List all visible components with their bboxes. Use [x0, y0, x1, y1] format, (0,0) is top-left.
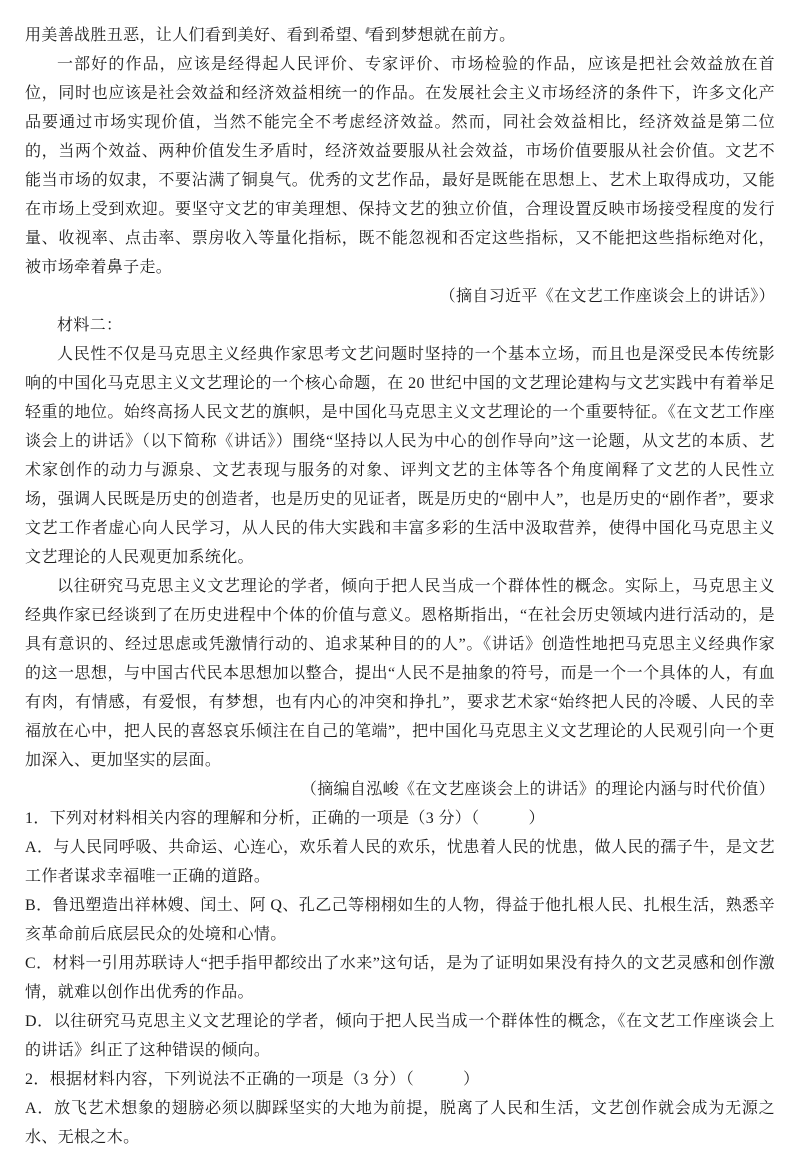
material-1-source-attribution: （摘自习近平《在文艺工作座谈会上的讲话》） — [25, 282, 775, 311]
exam-page: 用美善战胜丑恶，让人们看到美好、看到希望、看到梦想就在前方。 一部好的作品，应该… — [0, 0, 800, 1169]
material-1-paragraph: 一部好的作品，应该是经得起人民评价、专家评价、市场检验的作品，应该是把社会效益放… — [25, 50, 775, 282]
question-1-option-d: D．以往研究马克思主义文艺理论的学者，倾向于把人民当成一个群体性的概念，《在文艺… — [25, 1007, 775, 1065]
question-1-stem: 1．下列对材料相关内容的理解和分析，正确的一项是（3 分）（ ） — [25, 804, 775, 833]
question-1-option-c: C．材料一引用苏联诗人“把手指甲都绞出了水来”这句话，是为了证明如果没有持久的文… — [25, 949, 775, 1007]
question-2-stem: 2．根据材料内容，下列说法不正确的一项是（3 分）（ ） — [25, 1065, 775, 1094]
passage-continuation-line: 用美善战胜丑恶，让人们看到美好、看到希望、看到梦想就在前方。 — [25, 21, 775, 50]
material-2-source-attribution: （摘编自泓峻《在文艺座谈会上的讲话》的理论内涵与时代价值） — [25, 775, 775, 804]
question-1-option-b: B．鲁迅塑造出祥林嫂、闰土、阿 Q、孔乙己等栩栩如生的人物，得益于他扎根人民、扎… — [25, 891, 775, 949]
material-2-paragraph-1: 人民性不仅是马克思主义经典作家思考文艺问题时坚持的一个基本立场，而且也是深受民本… — [25, 340, 775, 572]
question-1-option-a: A．与人民同呼吸、共命运、心连心，欢乐着人民的欢乐，忧患着人民的忧患，做人民的孺… — [25, 833, 775, 891]
material-2-paragraph-2: 以往研究马克思主义文艺理论的学者，倾向于把人民当成一个群体性的概念。实际上，马克… — [25, 572, 775, 775]
question-2-option-a: A．放飞艺术想象的翅膀必须以脚踩坚实的大地为前提，脱离了人民和生活，文艺创作就会… — [25, 1094, 775, 1152]
material-2-label: 材料二： — [25, 311, 775, 340]
